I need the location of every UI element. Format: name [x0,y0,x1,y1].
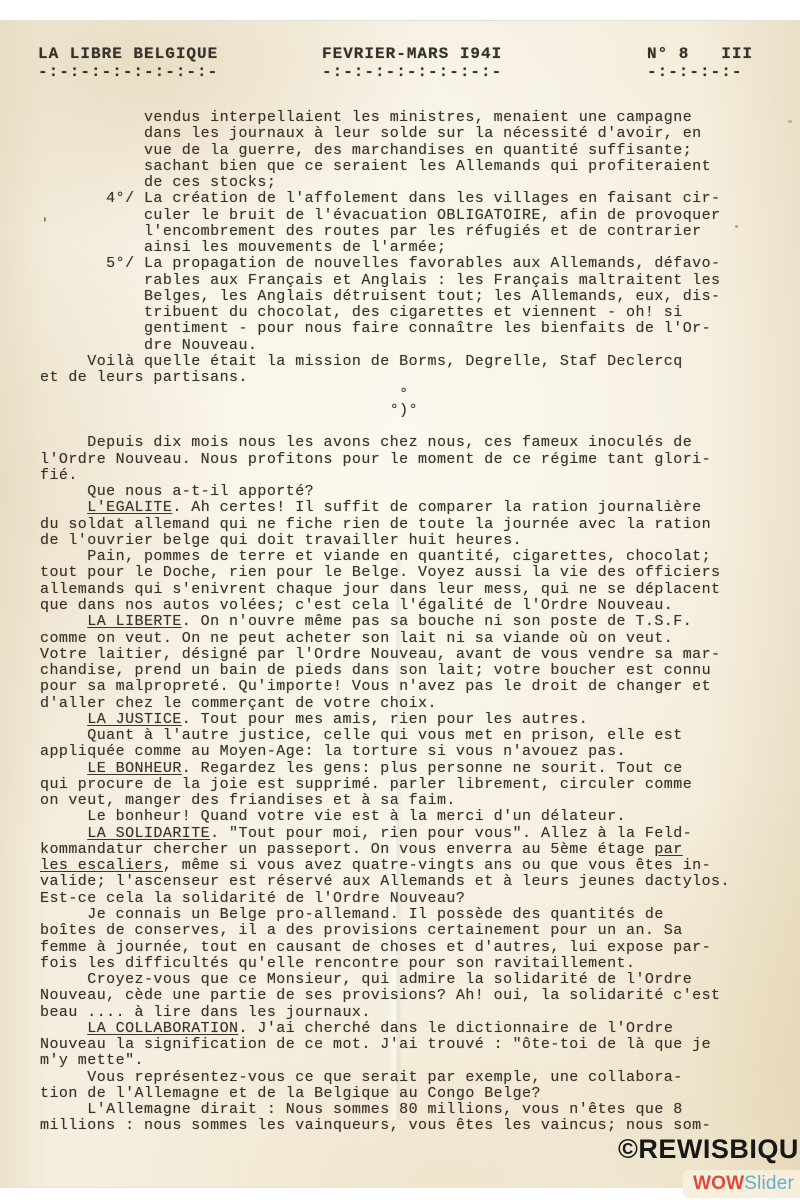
text-line: tribuent du chocolat, des cigarettes et … [40,305,770,321]
masthead-title-text: LA LIBRE BELGIQUE [38,45,218,63]
text-line: l'Ordre Nouveau. Nous profitons pour le … [40,452,770,468]
text-line: on veut, manger des friandises et à sa f… [40,793,770,809]
text-line: d'aller chez le commerçant de votre choi… [40,696,770,712]
text-line: et de leurs partisans. [40,370,770,386]
wowslider-wow-text: WOW [693,1173,744,1195]
text-line: LA SOLIDARITE. "Tout pour moi, rien pour… [40,826,770,842]
text-line: gentiment - pour nous faire connaître le… [40,321,770,337]
text-line: Belges, les Anglais détruisent tout; les… [40,289,770,305]
masthead-date-text: FEVRIER-MARS I94I [322,45,502,63]
text-line: ° [40,387,770,403]
text-line: beau .... à lire dans les journaux. [40,1005,770,1021]
masthead-date: FEVRIER-MARS I94I-:-:-:-:-:-:-:-:- [322,45,502,81]
text-line: vue de la guerre, des marchandises en qu… [40,143,770,159]
text-line: m'y mette". [40,1053,770,1069]
masthead-issue-number: N° 8 III-:-:-:-:- [647,45,753,81]
text-line: tion de l'Allemagne et de la Belgique au… [40,1086,770,1102]
text-line: Nouveau la signification de ce mot. J'ai… [40,1037,770,1053]
wowslider-slider-text: Slider [744,1173,794,1195]
text-line: de ces stocks; [40,175,770,191]
text-line: vendus interpellaient les ministres, men… [40,110,770,126]
text-line: valide; l'ascenseur est réservé aux Alle… [40,874,770,890]
underlined-text: les escaliers [40,857,163,874]
text-line: Que nous a-t-il apporté? [40,484,770,500]
text-line: 4°/ La création de l'affolement dans les… [40,191,770,207]
copyright-watermark: ©REWISBIQUE [618,1134,800,1165]
text-line: Quant à l'autre justice, celle qui vous … [40,728,770,744]
text-line: fois les difficultés qu'elle rencontre p… [40,956,770,972]
text-line: dre Nouveau. [40,338,770,354]
text-line: millions : nous sommes les vainqueurs, v… [40,1118,770,1134]
text-line: que dans nos autos volées; c'est cela l'… [40,598,770,614]
masthead-title: LA LIBRE BELGIQUE-:-:-:-:-:-:-:-:- [38,45,218,81]
text-line: fié. [40,468,770,484]
wowslider-badge[interactable]: WOWSlider [683,1170,800,1198]
text-line: °)° [40,403,770,419]
text-line: Nouveau, cède une partie de ses provisio… [40,988,770,1004]
text-line: comme on veut. On ne peut acheter son la… [40,631,770,647]
text-line: Le bonheur! Quand votre vie est à la mer… [40,809,770,825]
text-line: Depuis dix mois nous les avons chez nous… [40,435,770,451]
text-line: l'encombrement des routes par les réfugi… [40,224,770,240]
text-line: qui procure de la joie est supprimé. par… [40,777,770,793]
text-line: Pain, pommes de terre et viande en quant… [40,549,770,565]
text-line: LE BONHEUR. Regardez les gens: plus pers… [40,761,770,777]
text-line: L'EGALITE. Ah certes! Il suffit de compa… [40,500,770,516]
text-line: LA JUSTICE. Tout pour mes amis, rien pou… [40,712,770,728]
underlined-text: L'EGALITE [87,499,172,516]
text-line: allemands qui s'enivrent chaque jour dan… [40,582,770,598]
text-line: 5°/ La propagation de nouvelles favorabl… [40,256,770,272]
text-line: Croyez-vous que ce Monsieur, qui admire … [40,972,770,988]
text-line: appliquée comme au Moyen-Age: la torture… [40,744,770,760]
text-line: Voilà quelle était la mission de Borms, … [40,354,770,370]
text-line: kommandatur chercher un passeport. On vo… [40,842,770,858]
text-line: culer le bruit de l'évacuation OBLIGATOI… [40,208,770,224]
underlined-text: LA JUSTICE [87,711,182,728]
text-line: femme à journée, tout en causant de chos… [40,940,770,956]
underlined-text: par [654,841,682,858]
text-line: tout pour le Doche, rien pour le Belge. … [40,565,770,581]
text-line: LA LIBERTE. On n'ouvre même pas sa bouch… [40,614,770,630]
text-line: pour sa malpropreté. Qu'importe! Vous n'… [40,679,770,695]
text-line: chandise, prend un bain de pieds dans so… [40,663,770,679]
text-line: Vous représentez-vous ce que serait par … [40,1070,770,1086]
masthead-title-rule: -:-:-:-:-:-:-:-:- [38,63,218,81]
document-body-text: vendus interpellaient les ministres, men… [40,110,770,1135]
ink-speck [788,120,792,123]
text-line: LA COLLABORATION. J'ai cherché dans le d… [40,1021,770,1037]
underlined-text: LA SOLIDARITE [87,825,210,842]
text-line: de l'ouvrier belge qui doit travailler h… [40,533,770,549]
text-line: rables aux Français et Anglais : les Fra… [40,273,770,289]
masthead-issue-text: N° 8 III [647,45,753,63]
text-line: du soldat allemand qui ne fiche rien de … [40,517,770,533]
text-line: sachant bien que ce seraient les Alleman… [40,159,770,175]
masthead-date-rule: -:-:-:-:-:-:-:-:- [322,63,502,81]
text-line: Je connais un Belge pro-allemand. Il pos… [40,907,770,923]
underlined-text: LA LIBERTE [87,613,182,630]
text-line: boîtes de conserves, il a des provisions… [40,923,770,939]
text-line: dans les journaux à leur solde sur la né… [40,126,770,142]
masthead-issue-rule: -:-:-:-:- [647,63,742,81]
text-line: ainsi les mouvements de l'armée; [40,240,770,256]
underlined-text: LA COLLABORATION [87,1020,238,1037]
text-line: Votre laitier, désigné par l'Ordre Nouve… [40,647,770,663]
underlined-text: LE BONHEUR [87,760,182,777]
text-line: Est-ce cela la solidarité de l'Ordre Nou… [40,891,770,907]
text-line [40,419,770,435]
